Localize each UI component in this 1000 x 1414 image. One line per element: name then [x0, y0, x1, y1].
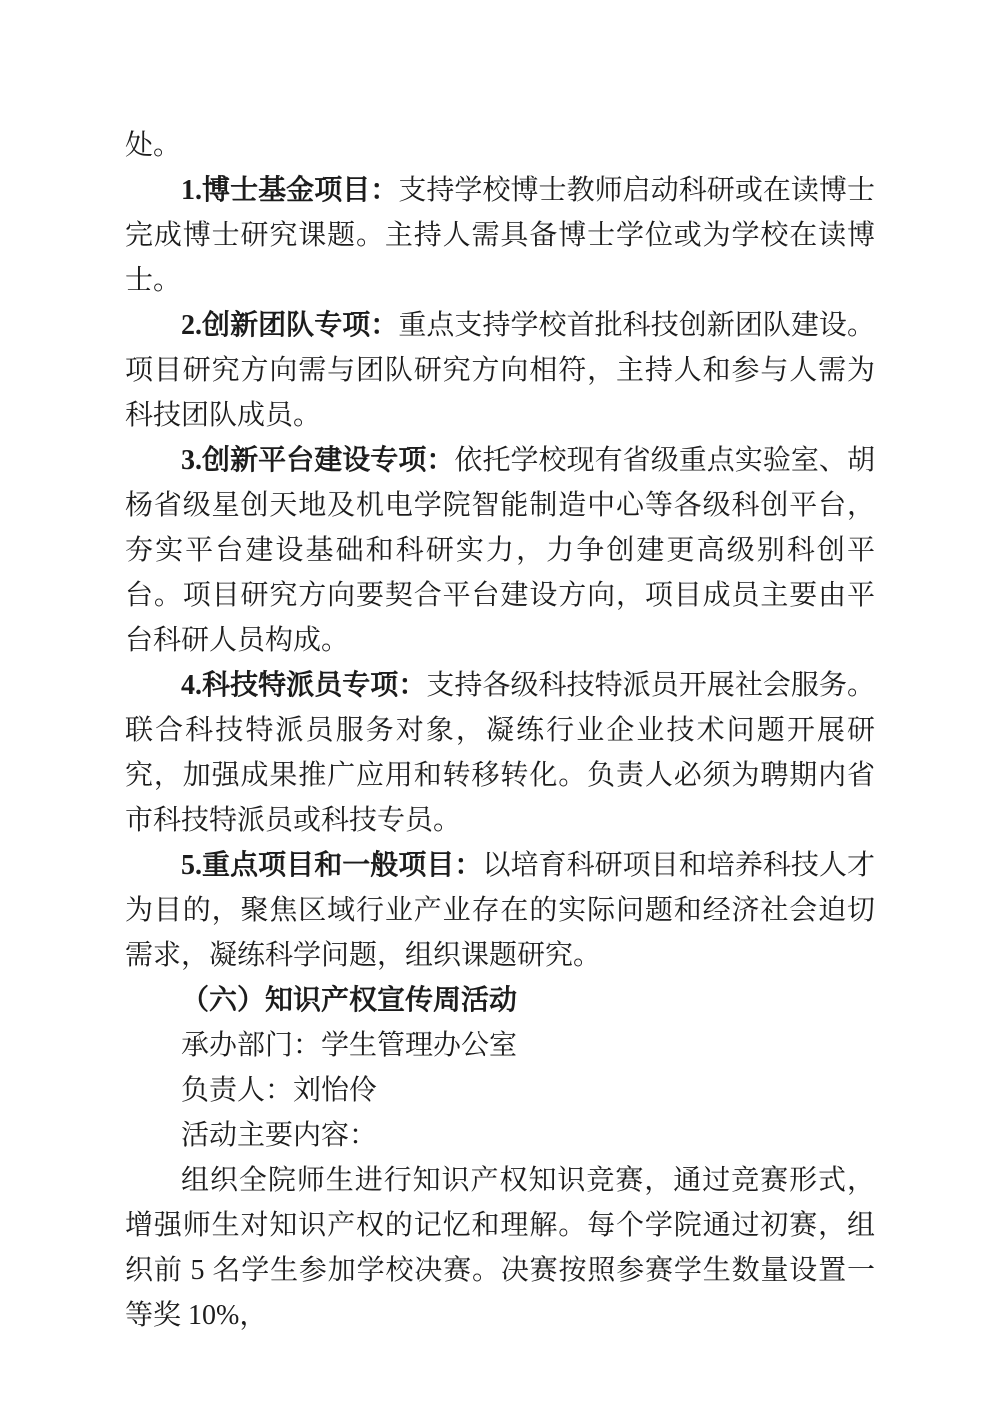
section-heading: （六）知识产权宣传周活动: [125, 978, 875, 1023]
paragraph-label: 5.重点项目和一般项目：: [181, 850, 482, 881]
paragraph-continuation: 处。: [125, 123, 875, 168]
section-heading-text: （六）知识产权宣传周活动: [181, 985, 517, 1016]
paragraph-label: 2.创新团队专项：: [181, 310, 398, 341]
paragraph-activity-description: 组织全院师生进行知识产权知识竞赛，通过竞赛形式，增强师生对知识产权的记忆和理解。…: [125, 1158, 875, 1338]
paragraph-text: 负责人：刘怡伶: [181, 1075, 377, 1106]
paragraph-item-5: 5.重点项目和一般项目：以培育科研项目和培养科技人才为目的，聚焦区域行业产业存在…: [125, 843, 875, 978]
document-page: 处。 1.博士基金项目：支持学校博士教师启动科研或在读博士完成博士研究课题。主持…: [0, 0, 1000, 1414]
paragraph-label: 3.创新平台建设专项：: [181, 445, 454, 476]
paragraph-item-4: 4.科技特派员专项：支持各级科技特派员开展社会服务。联合科技特派员服务对象，凝练…: [125, 663, 875, 843]
paragraph-text: 处。: [125, 130, 181, 161]
paragraph-text: 承办部门：学生管理办公室: [181, 1030, 517, 1061]
paragraph-item-1: 1.博士基金项目：支持学校博士教师启动科研或在读博士完成博士研究课题。主持人需具…: [125, 168, 875, 303]
paragraph-organizer: 承办部门：学生管理办公室: [125, 1023, 875, 1068]
paragraph-text: 活动主要内容：: [181, 1120, 377, 1151]
paragraph-text: 依托学校现有省级重点实验室、胡杨省级星创天地及机电学院智能制造中心等各级科创平台…: [125, 445, 875, 656]
paragraph-item-3: 3.创新平台建设专项：依托学校现有省级重点实验室、胡杨省级星创天地及机电学院智能…: [125, 438, 875, 663]
paragraph-responsible-person: 负责人：刘怡伶: [125, 1068, 875, 1113]
paragraph-activity-content-label: 活动主要内容：: [125, 1113, 875, 1158]
paragraph-label: 4.科技特派员专项：: [181, 670, 426, 701]
paragraph-item-2: 2.创新团队专项：重点支持学校首批科技创新团队建设。项目研究方向需与团队研究方向…: [125, 303, 875, 438]
paragraph-text: 组织全院师生进行知识产权知识竞赛，通过竞赛形式，增强师生对知识产权的记忆和理解。…: [125, 1165, 875, 1331]
paragraph-label: 1.博士基金项目：: [181, 175, 398, 206]
